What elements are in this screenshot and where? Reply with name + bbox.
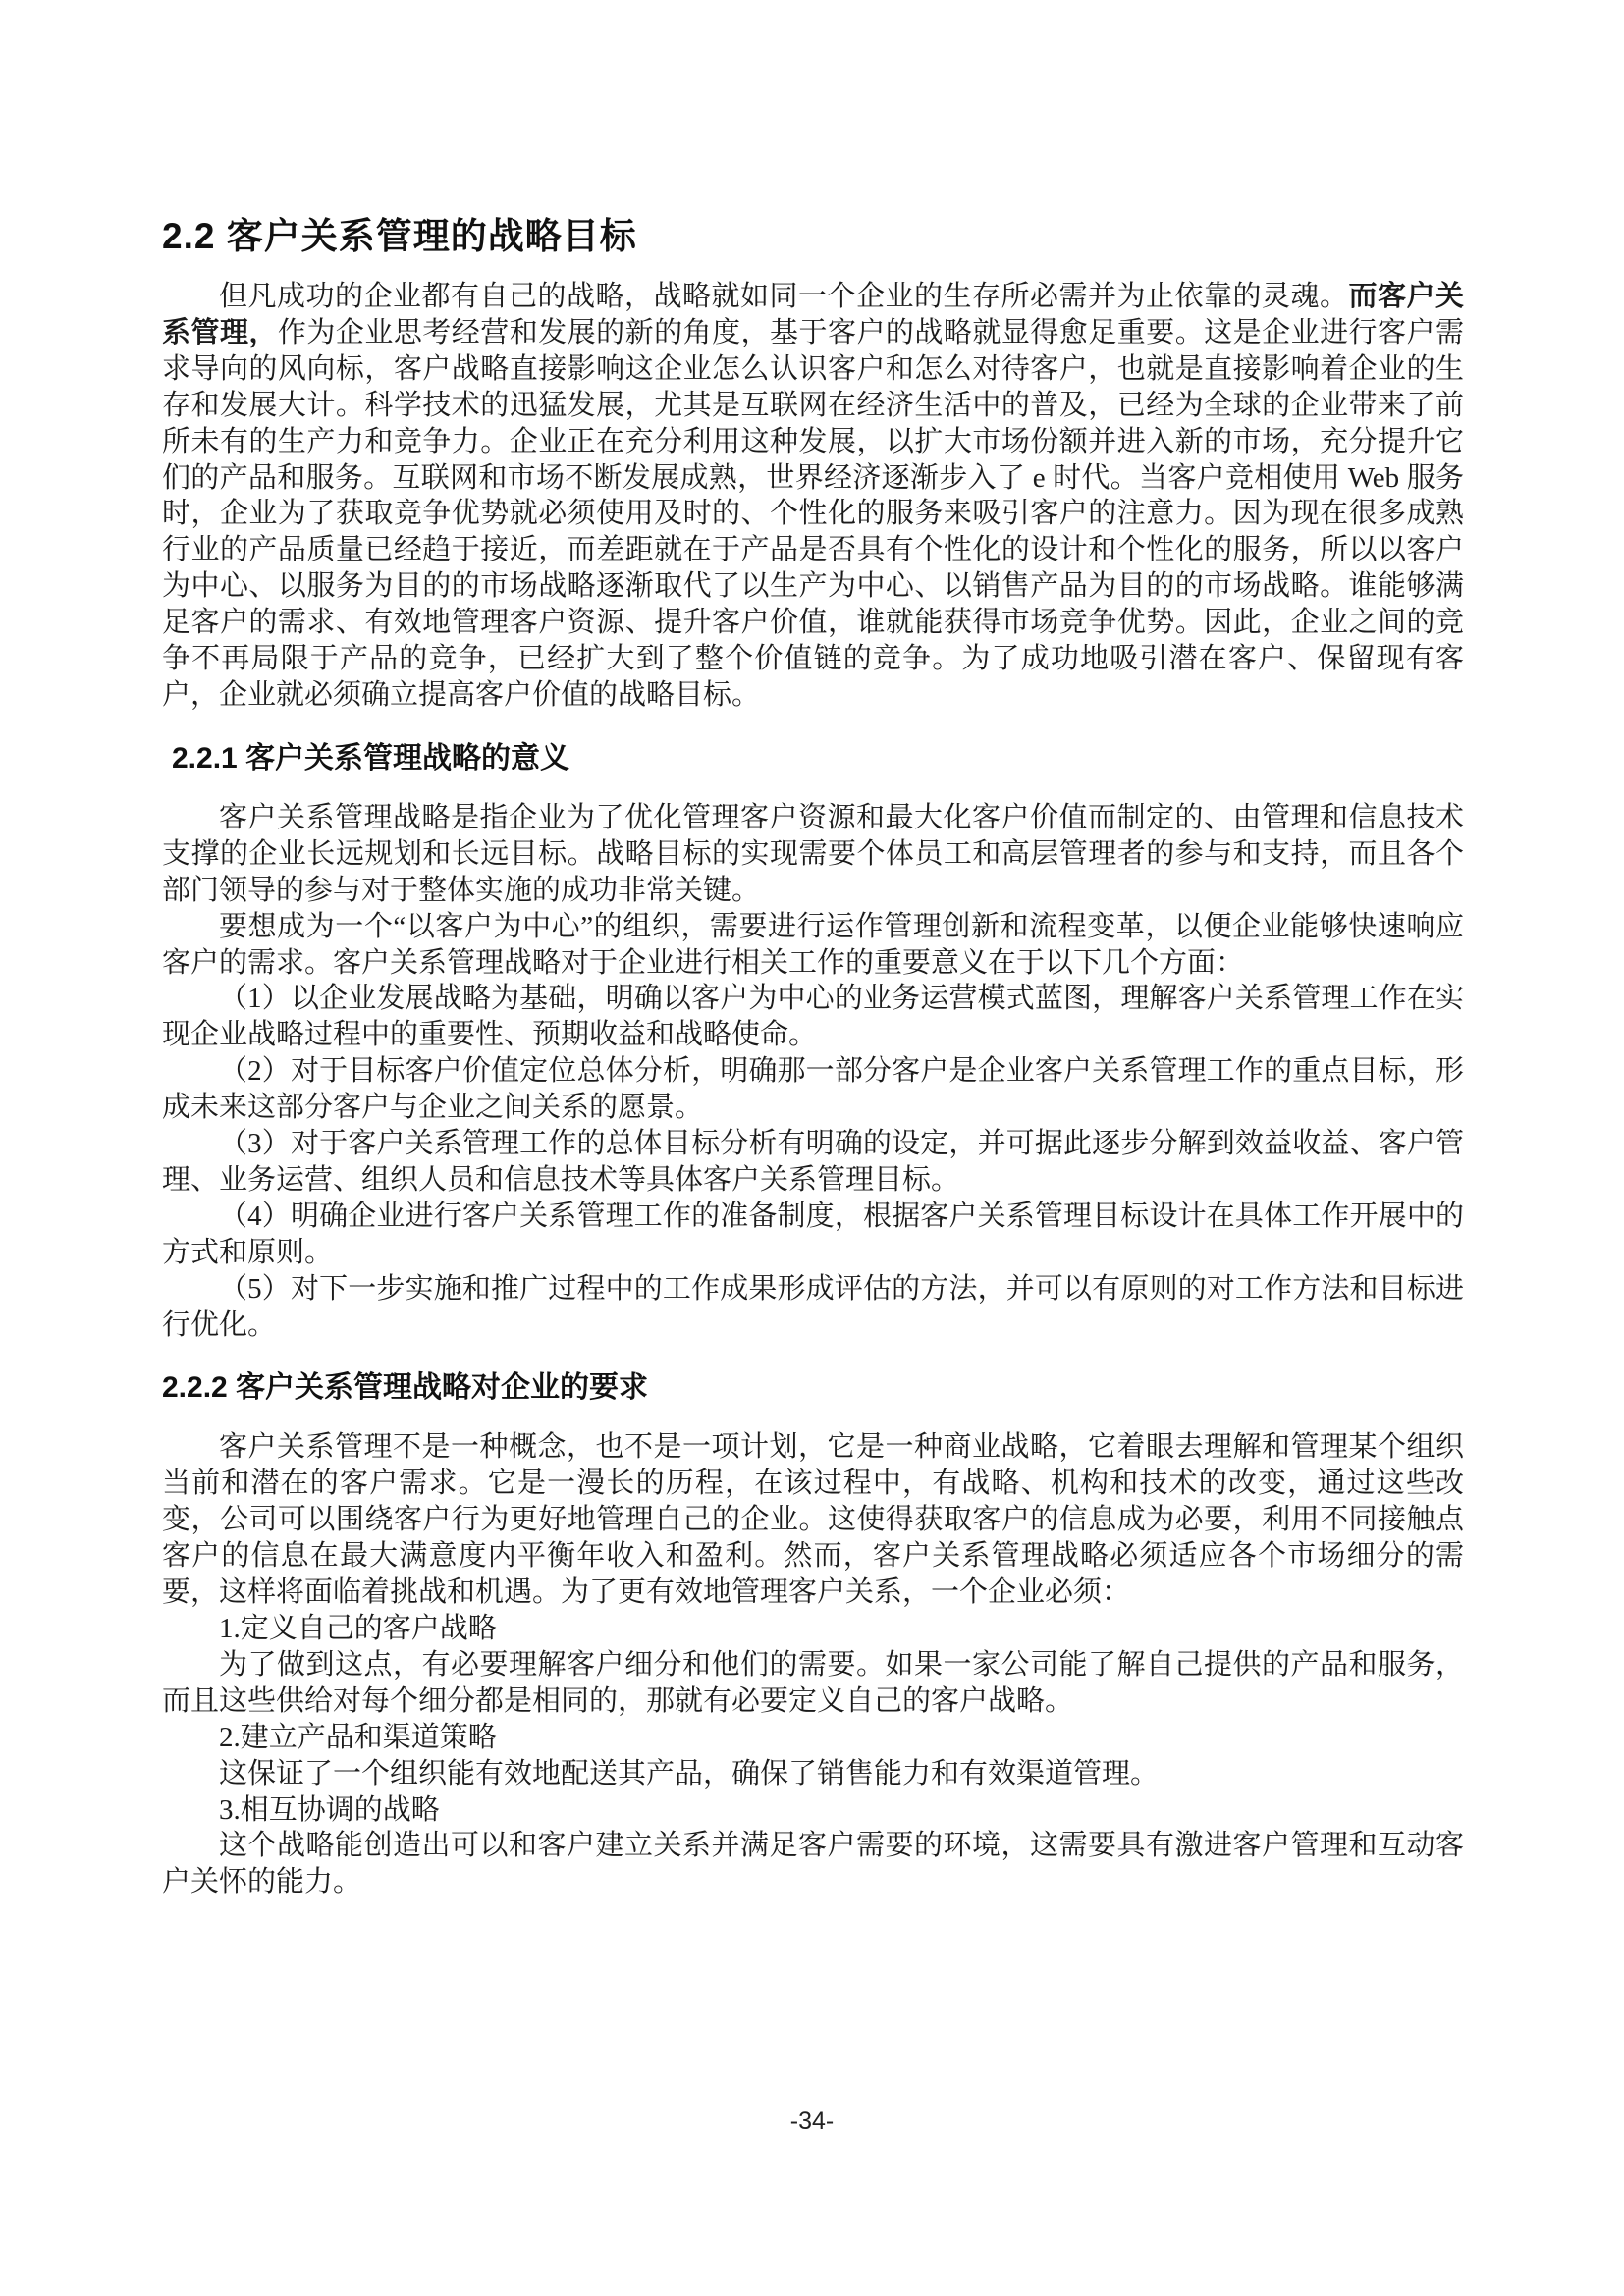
section-2-2-2-list-item-3: 3.相互协调的战略	[162, 1792, 1464, 1829]
intro-text-2: 作为企业思考经营和发展的新的角度，基于客户的战略就显得愈足重要。这是企业进行客户…	[162, 317, 1464, 711]
intro-text-1: 但凡成功的企业都有自己的战略，战略就如同一个企业的生存所必需并为止依靠的灵魂。	[219, 281, 1348, 312]
section-2-2-1-list-item-5: （5）对下一步实施和推广过程中的工作成果形成评估的方法，并可以有原则的对工作方法…	[162, 1271, 1464, 1344]
intro-paragraph: 但凡成功的企业都有自己的战略，战略就如同一个企业的生存所必需并为止依靠的灵魂。而…	[162, 279, 1464, 714]
section-2-2-1-list-item-1: （1）以企业发展战略为基础，明确以客户为中心的业务运营模式蓝图，理解客户关系管理…	[162, 981, 1464, 1053]
section-2-2-2-paragraph: 这个战略能创造出可以和客户建立关系并满足客户需要的环境，这需要具有激进客户管理和…	[162, 1828, 1464, 1900]
section-2-2-1-heading: 2.2.1 客户关系管理战略的意义	[162, 740, 1464, 777]
page-title: 2.2 客户关系管理的战略目标	[162, 214, 1464, 259]
section-2-2-1-list-item-4: （4）明确企业进行客户关系管理工作的准备制度，根据客户关系管理目标设计在具体工作…	[162, 1199, 1464, 1271]
section-2-2-1-list-item-3: （3）对于客户关系管理工作的总体目标分析有明确的设定，并可据此逐步分解到效益收益…	[162, 1126, 1464, 1199]
section-2-2-2-paragraph: 客户关系管理不是一种概念，也不是一项计划，它是一种商业战略，它着眼去理解和管理某…	[162, 1429, 1464, 1611]
section-2-2-1-list-item-2: （2）对于目标客户价值定位总体分析，明确那一部分客户是企业客户关系管理工作的重点…	[162, 1053, 1464, 1126]
section-2-2-2-paragraph: 这保证了一个组织能有效地配送其产品，确保了销售能力和有效渠道管理。	[162, 1756, 1464, 1792]
page-number: -34-	[0, 2108, 1624, 2136]
section-2-2-2-list-item-2: 2.建立产品和渠道策略	[162, 1720, 1464, 1756]
section-2-2-1-paragraph: 要想成为一个“以客户为中心”的组织，需要进行运作管理创新和流程变革，以便企业能够…	[162, 909, 1464, 982]
section-2-2-1-paragraph: 客户关系管理战略是指企业为了优化管理客户资源和最大化客户价值而制定的、由管理和信…	[162, 800, 1464, 909]
section-2-2-2-heading: 2.2.2 客户关系管理战略对企业的要求	[162, 1369, 1464, 1407]
document-content: 2.2 客户关系管理的战略目标 但凡成功的企业都有自己的战略，战略就如同一个企业…	[162, 214, 1464, 1900]
section-2-2-2-list-item-1: 1.定义自己的客户战略	[162, 1611, 1464, 1647]
section-2-2-2-paragraph: 为了做到这点，有必要理解客户细分和他们的需要。如果一家公司能了解自己提供的产品和…	[162, 1647, 1464, 1720]
document-page: 2.2 客户关系管理的战略目标 但凡成功的企业都有自己的战略，战略就如同一个企业…	[0, 0, 1624, 2296]
